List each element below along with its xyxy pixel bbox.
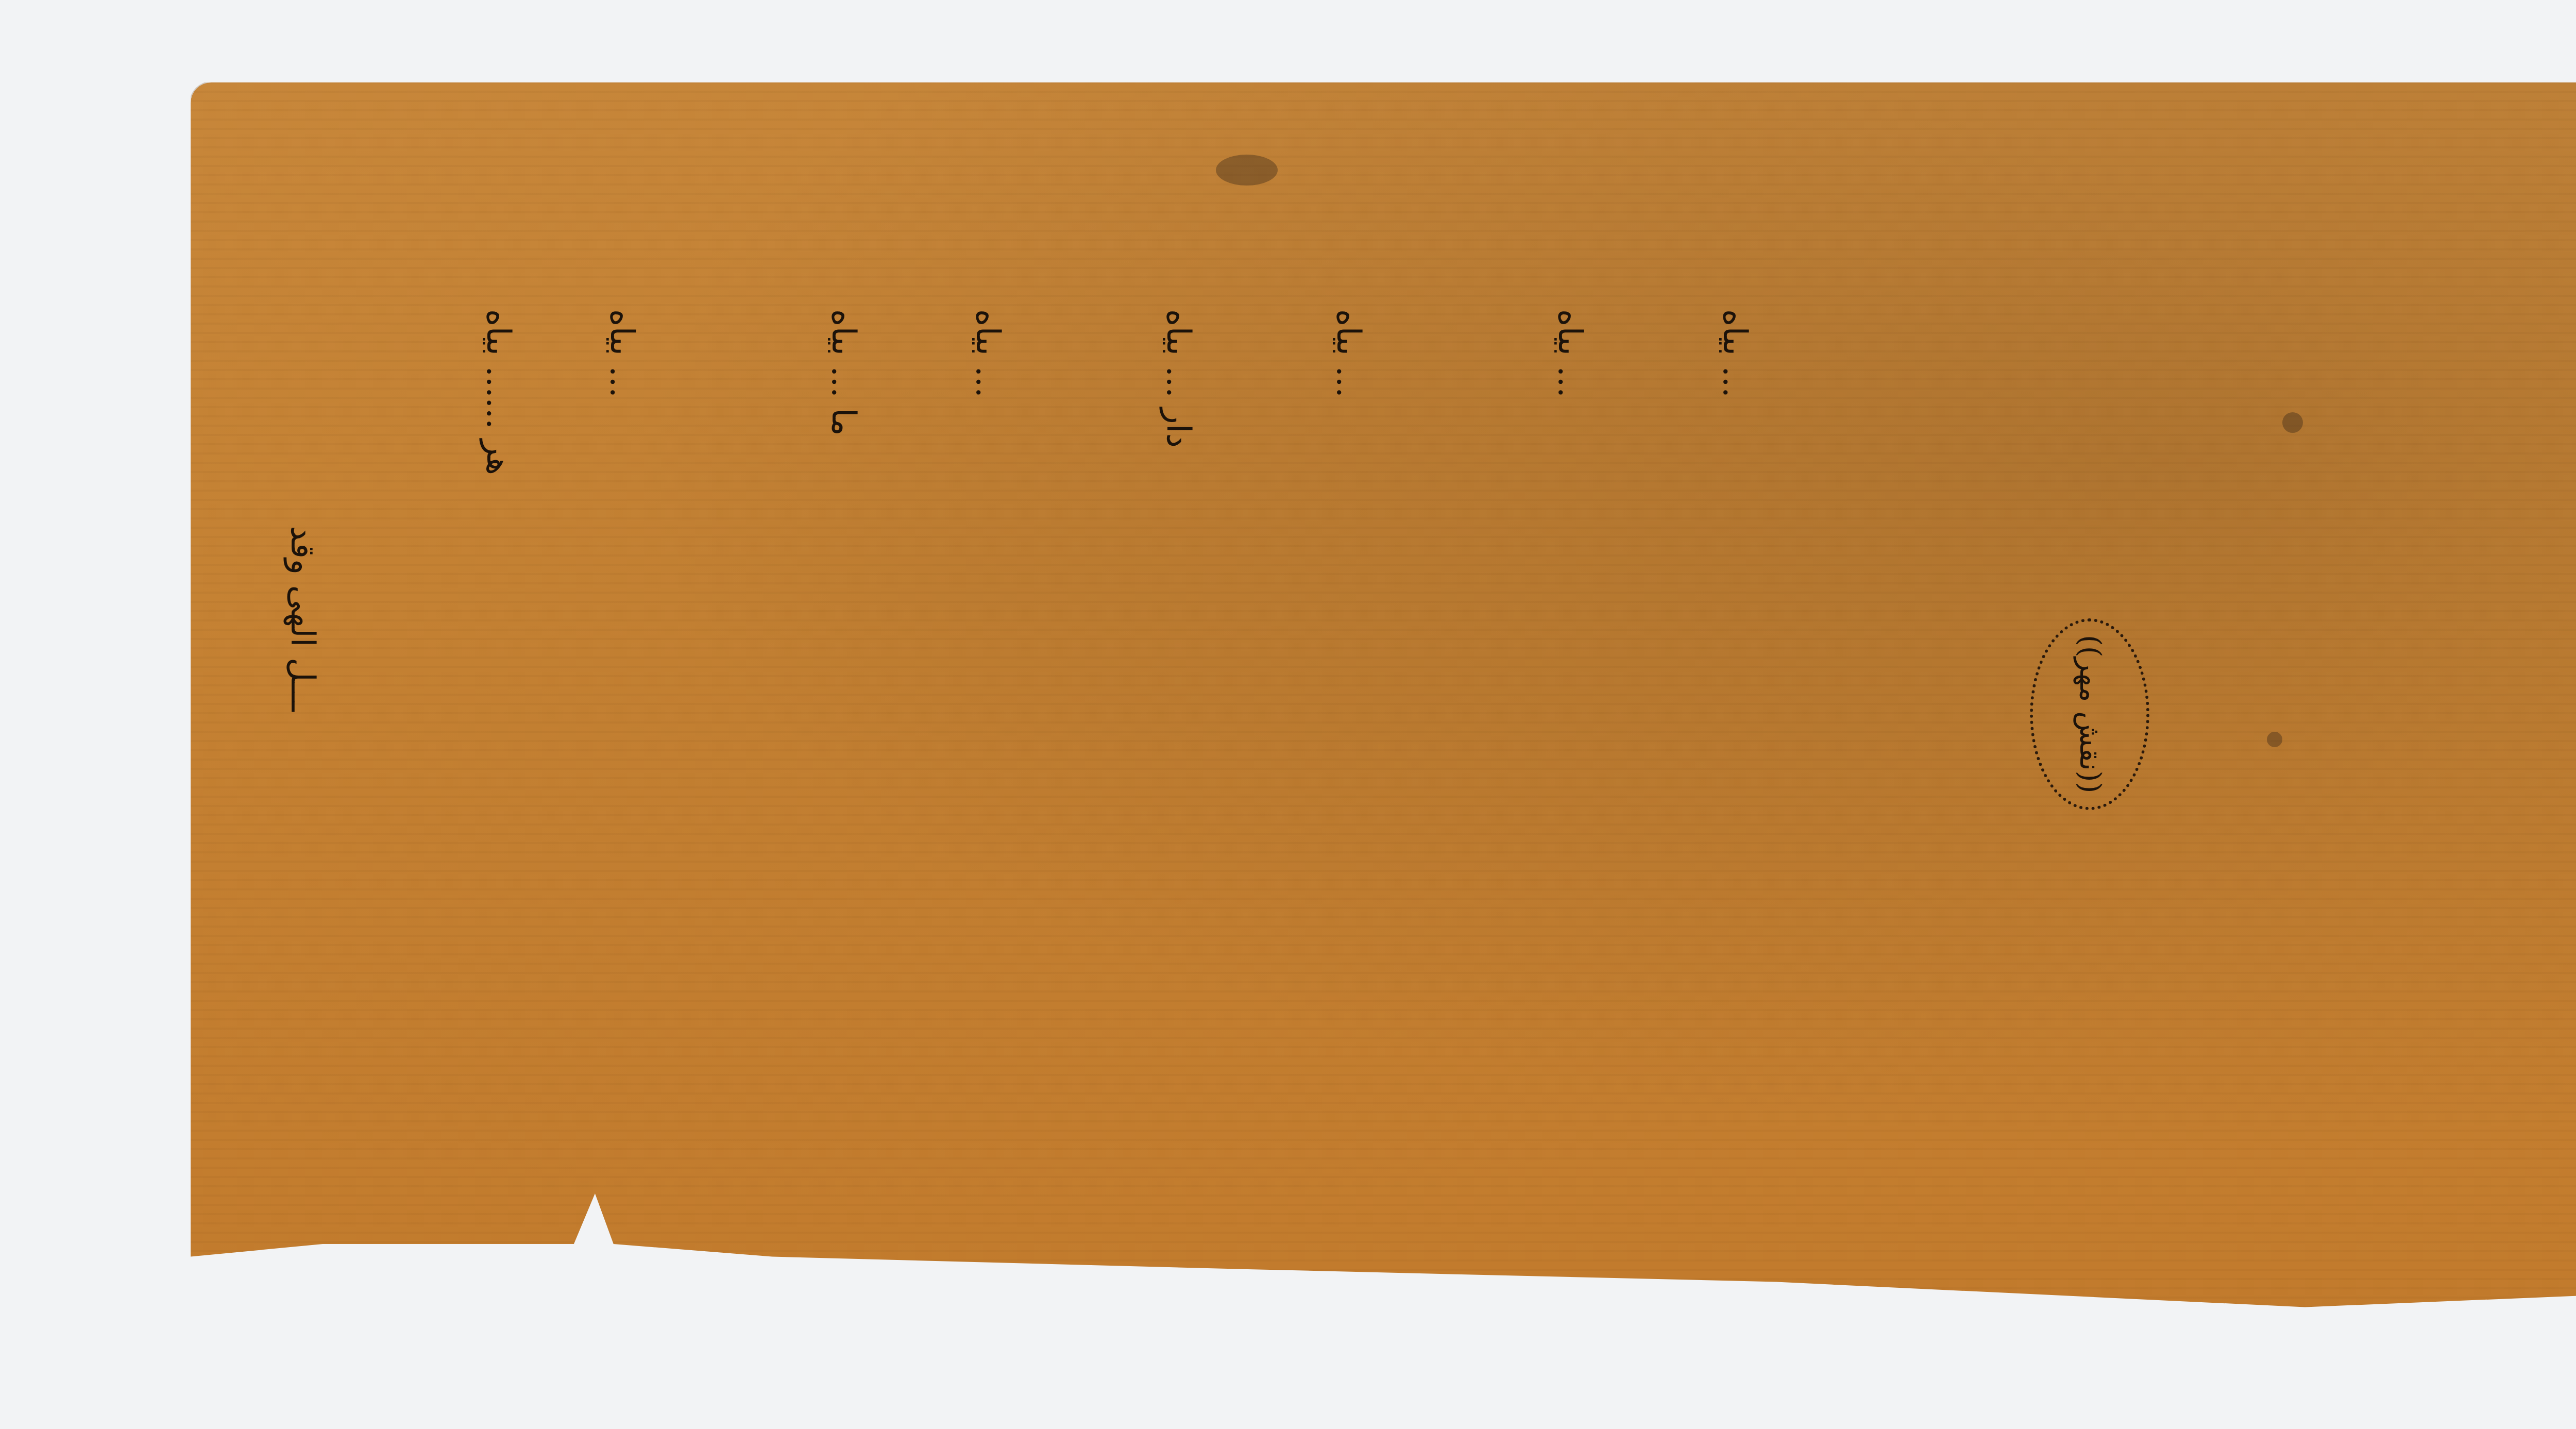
ink-stain: [1216, 155, 1278, 186]
seal-impression: ((نقش مهر)): [2030, 618, 2149, 810]
text-column-5: ... بیاه: [969, 309, 1007, 398]
text-column-4: ما ... بیاه: [824, 309, 862, 436]
ink-stain: [2282, 412, 2303, 433]
text-column-6: دار ... بیاه: [1159, 309, 1197, 448]
text-column-8: ... بیاه: [1551, 309, 1589, 398]
text-column-9: ... بیاه: [1716, 309, 1754, 398]
text-column-3: ... بیاه: [603, 309, 641, 398]
text-column-7: ... بیاه: [1329, 309, 1367, 398]
manuscript-page: ـــل الهی وقد هر ...... بیاه ... بیاه ما…: [191, 82, 2576, 1345]
text-column-2: هر ...... بیاه: [479, 309, 517, 475]
text-column-1: ـــل الهی وقد: [283, 526, 321, 712]
ink-stain: [2267, 732, 2282, 747]
